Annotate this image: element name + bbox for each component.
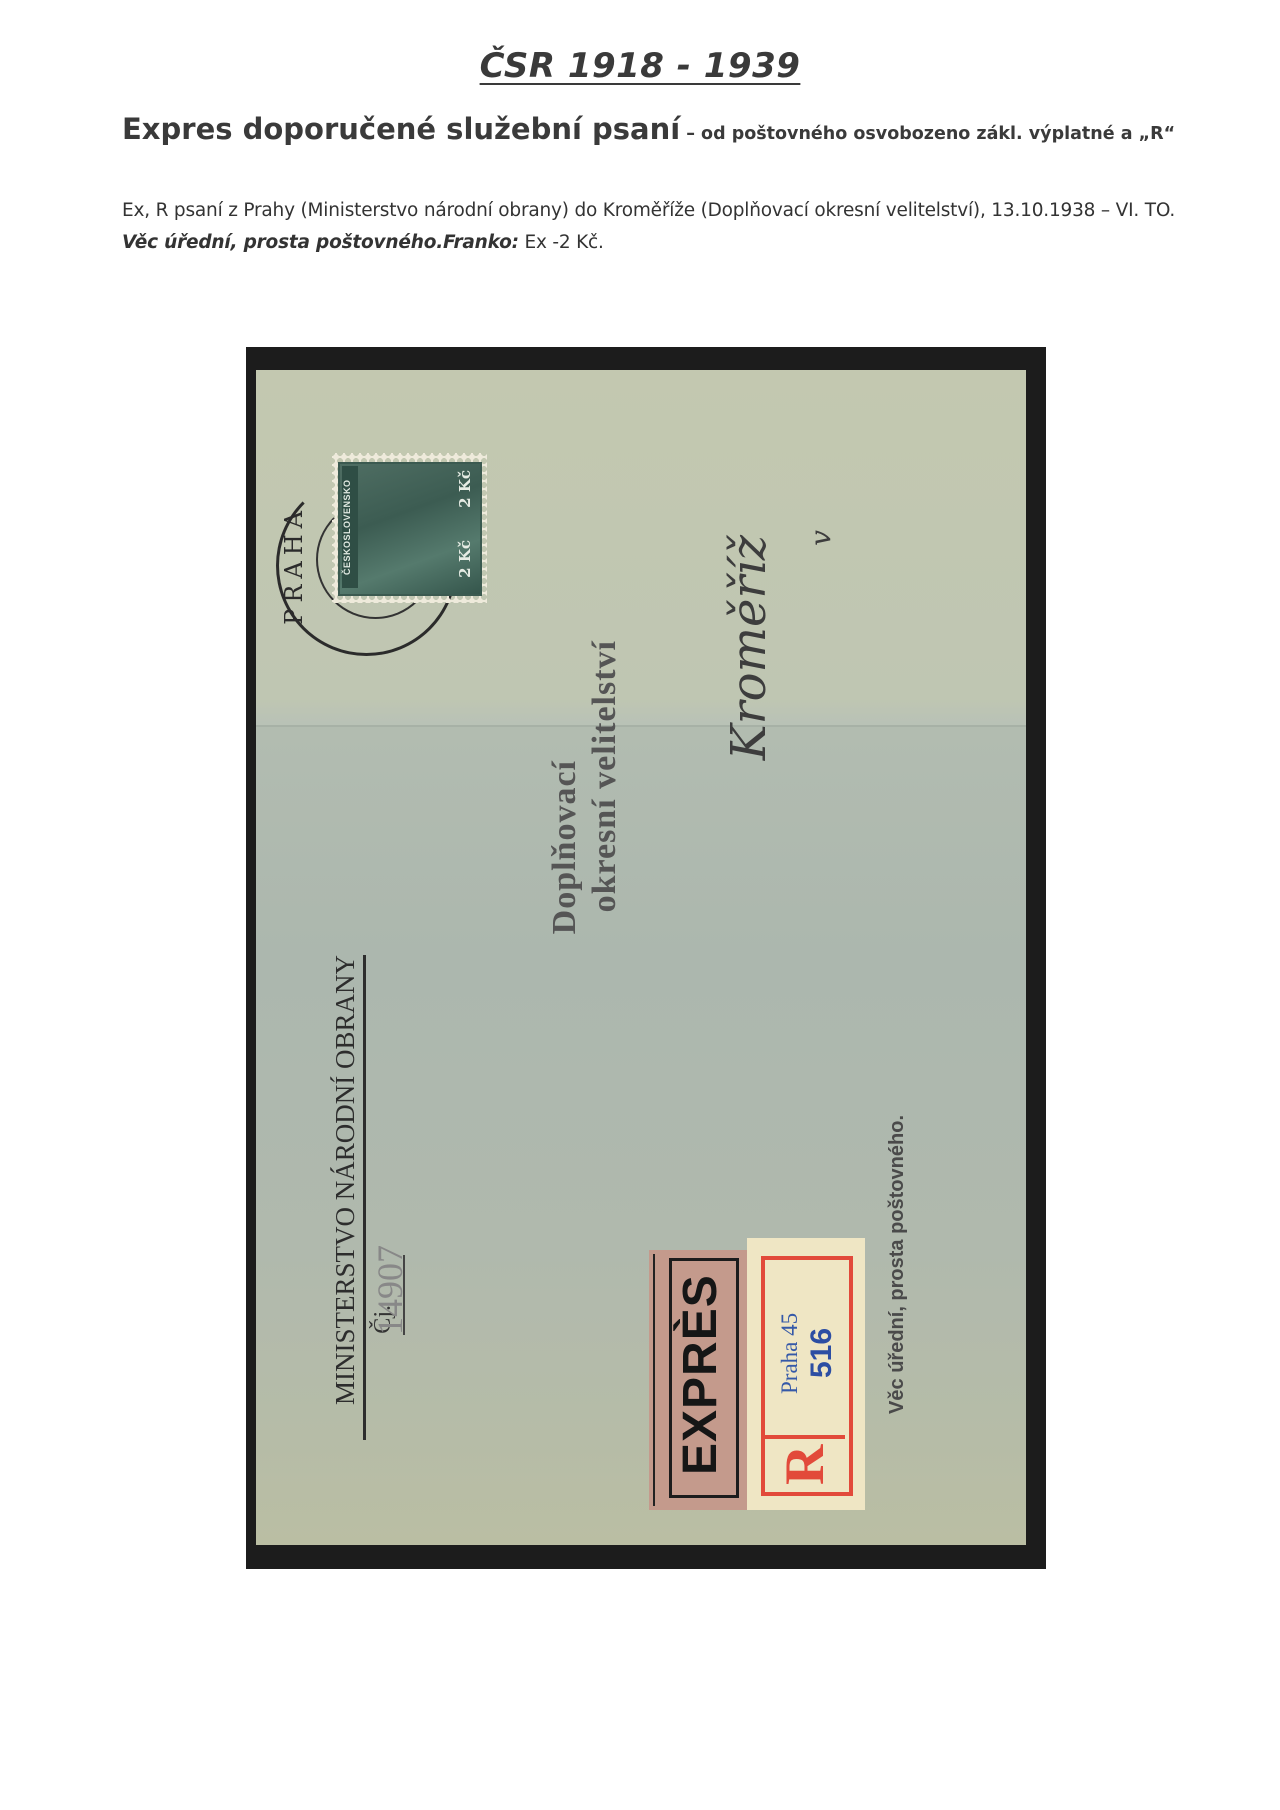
subtitle-rest: – od poštovného osvobozeno zákl. výplatn… xyxy=(686,124,1175,144)
envelope-fold-line xyxy=(256,725,1026,727)
description-line-2: Věc úřední, prosta poštovného.Franko: Ex… xyxy=(122,232,604,253)
handwritten-destination: Kroměříž xyxy=(721,535,777,760)
addressee-line-1: Doplňovací xyxy=(546,760,584,934)
stamp-value-top: 2 Kč xyxy=(456,470,474,508)
express-label-text: EXPRÈS xyxy=(671,1270,731,1480)
official-note: Věc úřední, prosta poštovného. xyxy=(886,1115,909,1414)
description-franking: Ex -2 Kč. xyxy=(519,232,604,253)
handwritten-prefix: v xyxy=(804,530,837,546)
envelope: PRAHA ČESKOSLOVENSKO 2 Kč 2 Kč Doplňovac… xyxy=(256,370,1026,1545)
postmark-city: PRAHA xyxy=(280,505,308,625)
description-bold: Věc úřední, prosta poštovného.Franko: xyxy=(122,232,519,253)
registration-label: R Praha 45 516 xyxy=(747,1238,865,1510)
page-subtitle: Expres doporučené služební psaní– od poš… xyxy=(122,112,1175,146)
registration-label-divider xyxy=(761,1435,845,1439)
page-title: ČSR 1918 - 1939 xyxy=(0,46,1280,86)
registration-letter: R xyxy=(769,1443,841,1487)
registration-office: Praha 45 xyxy=(777,1278,803,1428)
envelope-fold-shade xyxy=(256,727,1026,1545)
subtitle-main: Expres doporučené služební psaní xyxy=(122,112,680,146)
registration-number: 516 xyxy=(805,1293,839,1413)
sender-ministry: MINISTERSTVO NÁRODNÍ OBRANY xyxy=(330,955,366,1440)
express-label: EXPRÈS xyxy=(649,1250,749,1510)
stamp-country: ČESKOSLOVENSKO xyxy=(342,466,358,588)
addressee-line-2: okresní velitelství xyxy=(586,640,624,912)
express-label-rule xyxy=(653,1254,655,1506)
reference-number: 14907 xyxy=(369,1255,405,1335)
description-line-1: Ex, R psaní z Prahy (Ministerstvo národn… xyxy=(122,200,1175,221)
stamp-value-bottom: 2 Kč xyxy=(456,540,474,578)
